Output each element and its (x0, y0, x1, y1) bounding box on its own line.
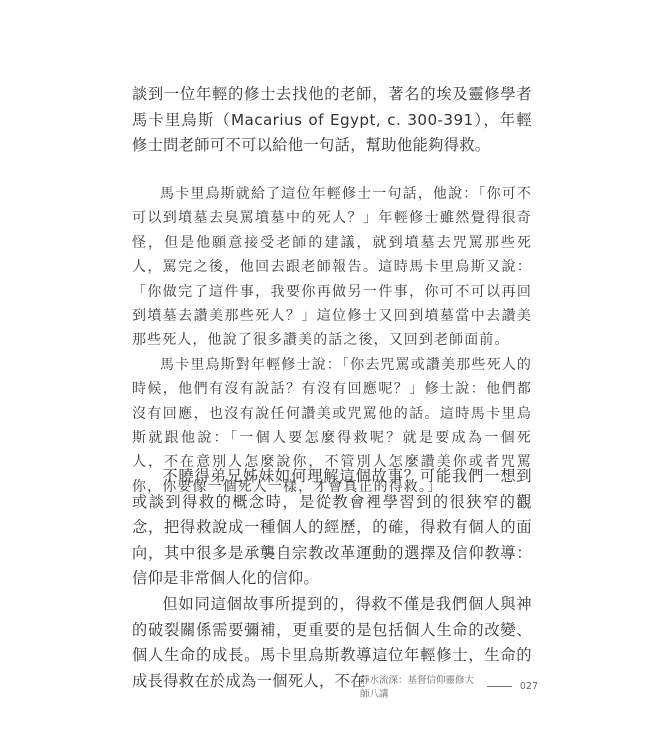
book-page: 談到一位年輕的修士去找他的老師，著名的埃及靈修學者馬卡里烏斯（Macarius … (0, 0, 650, 750)
running-title: 靜水流深：基督信仰靈修大師八講 (360, 672, 479, 700)
closing-paragraph-block: 不曉得弟兄姊妹如何理解這個故事？可能我們一想到或談到得救的概念時，是從教會裡學習… (132, 464, 532, 694)
opening-paragraph-block: 談到一位年輕的修士去找他的老師，著名的埃及靈修學者馬卡里烏斯（Macarius … (132, 82, 532, 159)
body-paragraph-1: 談到一位年輕的修士去找他的老師，著名的埃及靈修學者馬卡里烏斯（Macarius … (132, 82, 532, 159)
body-paragraph-2: 不曉得弟兄姊妹如何理解這個故事？可能我們一想到或談到得救的概念時，是從教會裡學習… (132, 464, 532, 592)
quote-block: 馬卡里烏斯就給了這位年輕修士一句話，他說：「你可不可以到墳墓去臭罵墳墓中的死人？… (132, 182, 532, 499)
quote-paragraph-1: 馬卡里烏斯就給了這位年輕修士一句話，他說：「你可不可以到墳墓去臭罵墳墓中的死人？… (132, 182, 532, 353)
page-number: 027 (520, 681, 538, 692)
page-footer: 靜水流深：基督信仰靈修大師八講 027 (360, 672, 538, 700)
footer-rule (487, 686, 512, 687)
